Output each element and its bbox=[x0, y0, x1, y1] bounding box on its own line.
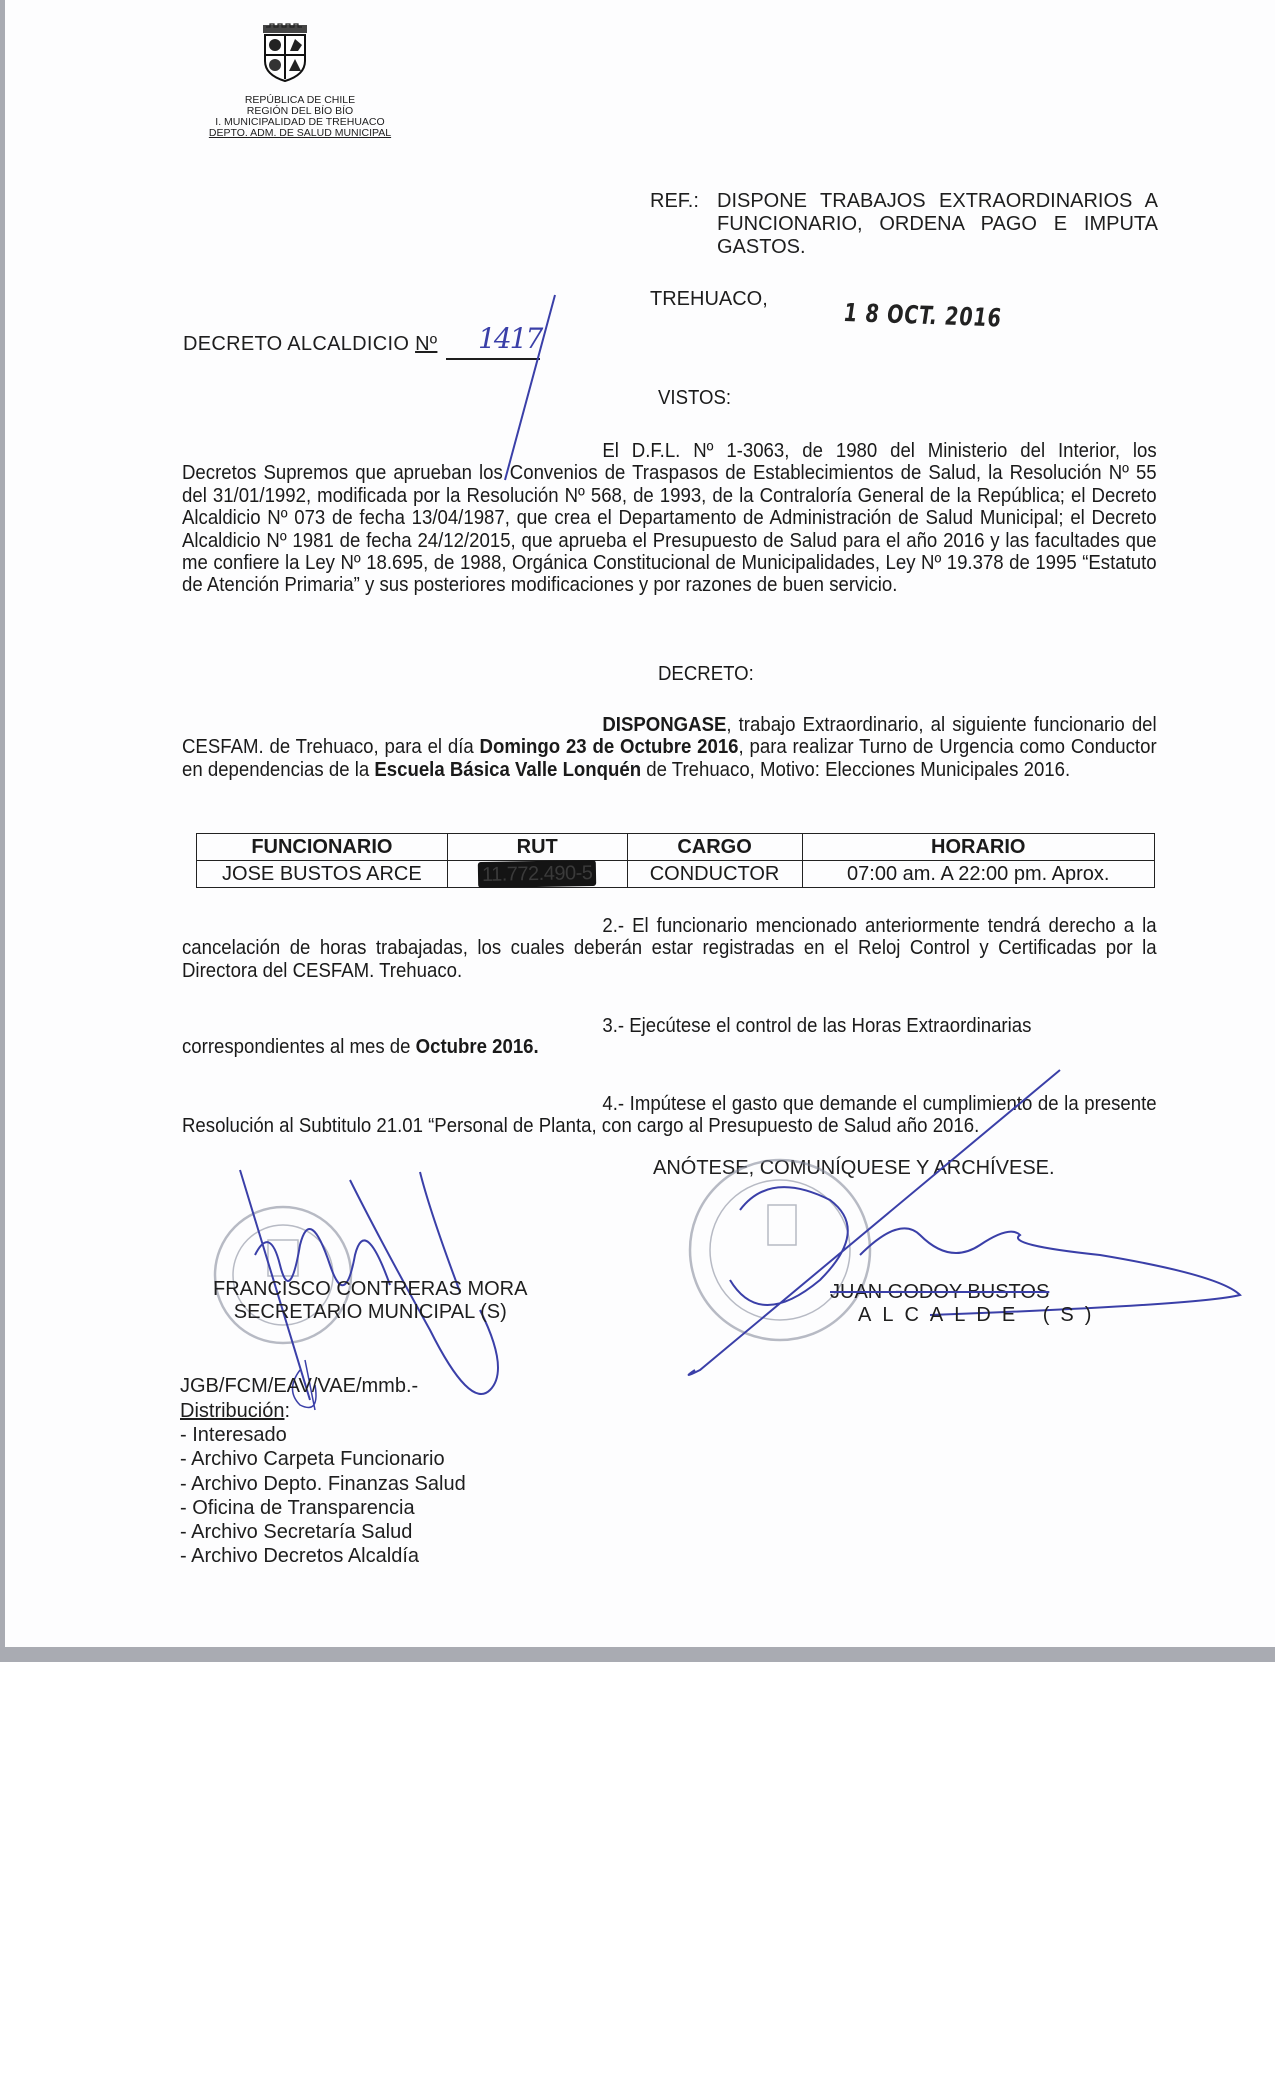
decreto-paragraph-3-cont: correspondientes al mes de Octubre 2016. bbox=[182, 1036, 1157, 1058]
cell-rut: 11.772.490-5 bbox=[447, 861, 627, 888]
coat-of-arms-icon bbox=[257, 23, 313, 83]
org-line-department: DEPTO. ADM. DE SALUD MUNICIPAL bbox=[170, 128, 430, 139]
decree-number-line: DECRETO ALCALDICIO Nº bbox=[183, 333, 437, 356]
p2-text: 2.- El funcionario mencionado anteriorme… bbox=[182, 915, 1157, 982]
decreto-paragraph-3: 3.- Ejecútese el control de las Horas Ex… bbox=[182, 1015, 1157, 1037]
col-header-funcionario: FUNCIONARIO bbox=[197, 834, 448, 861]
decree-label: DECRETO ALCALDICIO bbox=[183, 333, 409, 355]
reference-block: REF.: DISPONE TRABAJOS EXTRAORDINARIOS A… bbox=[650, 190, 1158, 259]
secretary-name: FRANCISCO CONTRERAS MORA bbox=[213, 1278, 527, 1301]
handwritten-decree-number: 1417 bbox=[478, 322, 541, 355]
reference-text: DISPONE TRABAJOS EXTRAORDINARIOS A FUNCI… bbox=[717, 190, 1158, 259]
place-label: TREHUACO, bbox=[650, 288, 768, 311]
cell-funcionario: JOSE BUSTOS ARCE bbox=[197, 861, 448, 888]
vistos-heading: VISTOS: bbox=[658, 387, 731, 410]
p3-lead: 3.- Ejecútese el control de las Horas Ex… bbox=[602, 1015, 1031, 1037]
table-row: JOSE BUSTOS ARCE 11.772.490-5 CONDUCTOR … bbox=[197, 861, 1155, 888]
cell-cargo: CONDUCTOR bbox=[627, 861, 802, 888]
col-header-rut: RUT bbox=[447, 834, 627, 861]
work-location: Escuela Básica Valle Lonquén bbox=[374, 759, 641, 781]
decreto-paragraph-4: 4.- Impútese el gasto que demande el cum… bbox=[182, 1093, 1157, 1138]
decree-number-prefix: Nº bbox=[415, 333, 437, 355]
p3-text: correspondientes al mes de bbox=[182, 1036, 416, 1058]
table-header-row: FUNCIONARIO RUT CARGO HORARIO bbox=[197, 834, 1155, 861]
distribution-item: - Interesado bbox=[180, 1423, 466, 1447]
p4-text: 4.- Impútese el gasto que demande el cum… bbox=[182, 1093, 1157, 1137]
mayor-name: JUAN GODOY BUSTOS bbox=[830, 1281, 1102, 1304]
closing-formula: ANÓTESE, COMUNÍQUESE Y ARCHÍVESE. bbox=[653, 1157, 1055, 1180]
distribution-heading: Distribución bbox=[180, 1400, 284, 1422]
distribution-item: - Oficina de Transparencia bbox=[180, 1496, 466, 1520]
redacted-rut: 11.772.490-5 bbox=[478, 860, 597, 888]
organization-header: REPÚBLICA DE CHILE REGIÓN DEL BÍO BÍO I.… bbox=[170, 95, 430, 139]
decree-number-underline bbox=[446, 358, 540, 360]
p3-month: Octubre 2016. bbox=[416, 1036, 539, 1058]
distribution-list: Distribución: - Interesado - Archivo Car… bbox=[180, 1399, 466, 1568]
reference-label: REF.: bbox=[650, 190, 699, 213]
mayor-title: ALCALDE (S) bbox=[858, 1304, 1102, 1327]
initials-line: JGB/FCM/EAV/VAE/mmb.- bbox=[180, 1375, 418, 1398]
secretary-title: SECRETARIO MUNICIPAL (S) bbox=[213, 1301, 527, 1324]
mayor-signature-block: JUAN GODOY BUSTOS ALCALDE (S) bbox=[830, 1281, 1102, 1327]
vistos-paragraph: El D.F.L. Nº 1-3063, de 1980 del Ministe… bbox=[182, 440, 1157, 597]
vistos-text: El D.F.L. Nº 1-3063, de 1980 del Ministe… bbox=[182, 440, 1157, 596]
col-header-horario: HORARIO bbox=[802, 834, 1154, 861]
decreto-heading: DECRETO: bbox=[658, 663, 754, 686]
decreto-paragraph-1: DISPONGASE, trabajo Extraordinario, al s… bbox=[182, 714, 1157, 781]
date-stamp: 1 8 OCT. 2016 bbox=[844, 298, 1002, 333]
distribution-item: - Archivo Decretos Alcaldía bbox=[180, 1544, 466, 1568]
cell-horario: 07:00 am. A 22:00 pm. Aprox. bbox=[802, 861, 1154, 888]
dispongase-lead: DISPONGASE bbox=[602, 714, 726, 736]
col-header-cargo: CARGO bbox=[627, 834, 802, 861]
distribution-item: - Archivo Carpeta Funcionario bbox=[180, 1447, 466, 1471]
distribution-item: - Archivo Depto. Finanzas Salud bbox=[180, 1472, 466, 1496]
p1-text-3: de Trehuaco, Motivo: Elecciones Municipa… bbox=[641, 759, 1070, 781]
distribution-item: - Archivo Secretaría Salud bbox=[180, 1520, 466, 1544]
work-date: Domingo 23 de Octubre 2016 bbox=[480, 736, 739, 758]
decreto-paragraph-2: 2.- El funcionario mencionado anteriorme… bbox=[182, 915, 1157, 982]
secretary-signature-block: FRANCISCO CONTRERAS MORA SECRETARIO MUNI… bbox=[213, 1278, 527, 1324]
employee-table: FUNCIONARIO RUT CARGO HORARIO JOSE BUSTO… bbox=[196, 833, 1155, 888]
